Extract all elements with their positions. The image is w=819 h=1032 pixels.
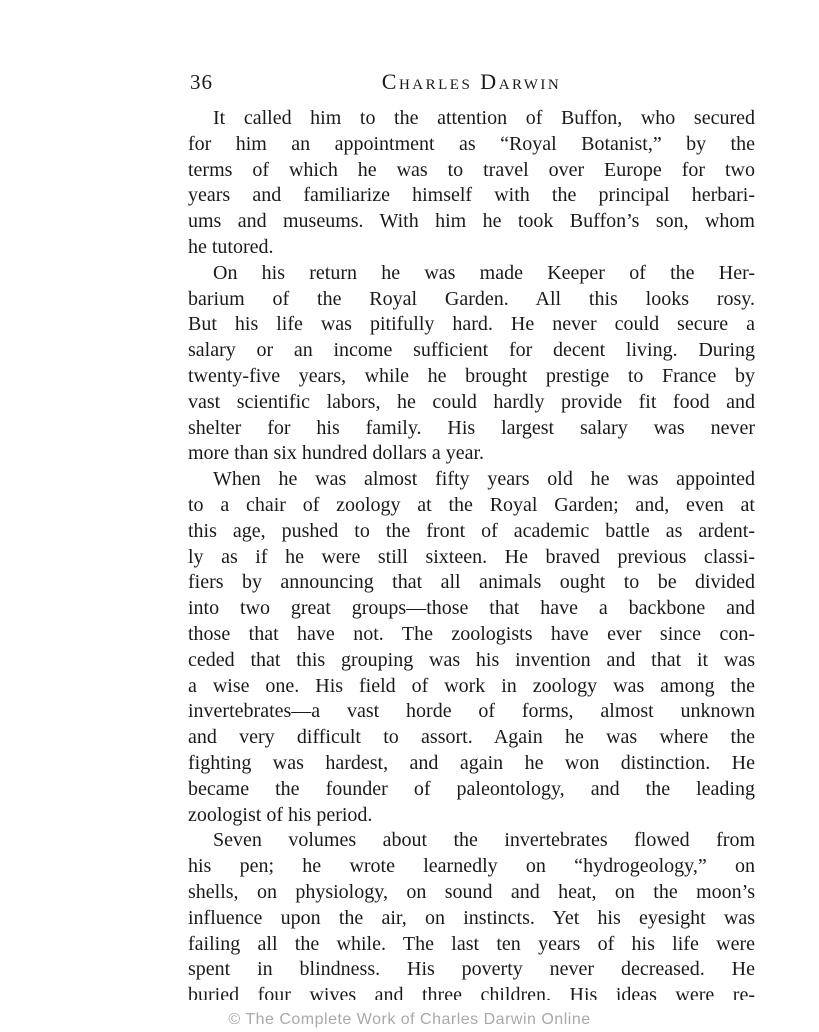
text-line: Seven volumes about the invertebrates fl… bbox=[188, 828, 755, 854]
text-line: salary or an income sufficient for decen… bbox=[188, 338, 755, 364]
text-line: into two great groups—those that have a … bbox=[188, 596, 755, 622]
text-line: his pen; he wrote learnedly on “hydrogeo… bbox=[188, 854, 755, 880]
text-line: and very difficult to assort. Again he w… bbox=[188, 725, 755, 751]
watermark-text: © The Complete Work of Charles Darwin On… bbox=[228, 1011, 590, 1029]
paragraph: On his return he was made Keeper of the … bbox=[188, 261, 755, 467]
text-line: It called him to the attention of Buffon… bbox=[188, 106, 755, 132]
running-head: 36 Charles Darwin bbox=[188, 70, 755, 94]
text-line: to a chair of zoology at the Royal Garde… bbox=[188, 493, 755, 519]
paragraph: Seven volumes about the invertebrates fl… bbox=[188, 828, 755, 1009]
footer-watermark-band: © The Complete Work of Charles Darwin On… bbox=[0, 1000, 819, 1032]
text-line: this age, pushed to the front of academi… bbox=[188, 519, 755, 545]
book-page-scan: 36 Charles Darwin It called him to the a… bbox=[0, 0, 819, 1032]
text-line: years and familiarize himself with the p… bbox=[188, 183, 755, 209]
text-line: became the founder of paleontology, and … bbox=[188, 777, 755, 803]
text-line: for him an appointment as “Royal Botanis… bbox=[188, 132, 755, 158]
text-line: more than six hundred dollars a year. bbox=[188, 441, 755, 467]
page-number: 36 bbox=[190, 70, 213, 94]
running-header-title: Charles Darwin bbox=[382, 69, 561, 94]
text-line: ceded that this grouping was his inventi… bbox=[188, 648, 755, 674]
text-line: shells, on physiology, on sound and heat… bbox=[188, 880, 755, 906]
text-line: On his return he was made Keeper of the … bbox=[188, 261, 755, 287]
text-line: a wise one. His field of work in zoology… bbox=[188, 674, 755, 700]
text-line: vast scientific labors, he could hardly … bbox=[188, 390, 755, 416]
text-line: invertebrates—a vast horde of forms, alm… bbox=[188, 699, 755, 725]
text-line: those that have not. The zoologists have… bbox=[188, 622, 755, 648]
text-line: But his life was pitifully hard. He neve… bbox=[188, 312, 755, 338]
text-line: fiers by announcing that all animals oug… bbox=[188, 570, 755, 596]
text-line: ly as if he were still sixteen. He brave… bbox=[188, 545, 755, 571]
paragraph: It called him to the attention of Buffon… bbox=[188, 106, 755, 261]
text-line: terms of which he was to travel over Eur… bbox=[188, 158, 755, 184]
text-line: influence upon the air, on instincts. Ye… bbox=[188, 906, 755, 932]
text-line: spent in blindness. His poverty never de… bbox=[188, 957, 755, 983]
text-line: shelter for his family. His largest sala… bbox=[188, 416, 755, 442]
page-body: It called him to the attention of Buffon… bbox=[188, 106, 755, 1009]
text-line: fighting was hardest, and again he won d… bbox=[188, 751, 755, 777]
text-line: barium of the Royal Garden. All this loo… bbox=[188, 287, 755, 313]
text-line: When he was almost fifty years old he wa… bbox=[188, 467, 755, 493]
text-line: twenty-five years, while he brought pres… bbox=[188, 364, 755, 390]
text-line: ums and museums. With him he took Buffon… bbox=[188, 209, 755, 235]
text-line: he tutored. bbox=[188, 235, 755, 261]
text-line: failing all the while. The last ten year… bbox=[188, 932, 755, 958]
text-line: zoologist of his period. bbox=[188, 803, 755, 829]
paragraph: When he was almost fifty years old he wa… bbox=[188, 467, 755, 828]
